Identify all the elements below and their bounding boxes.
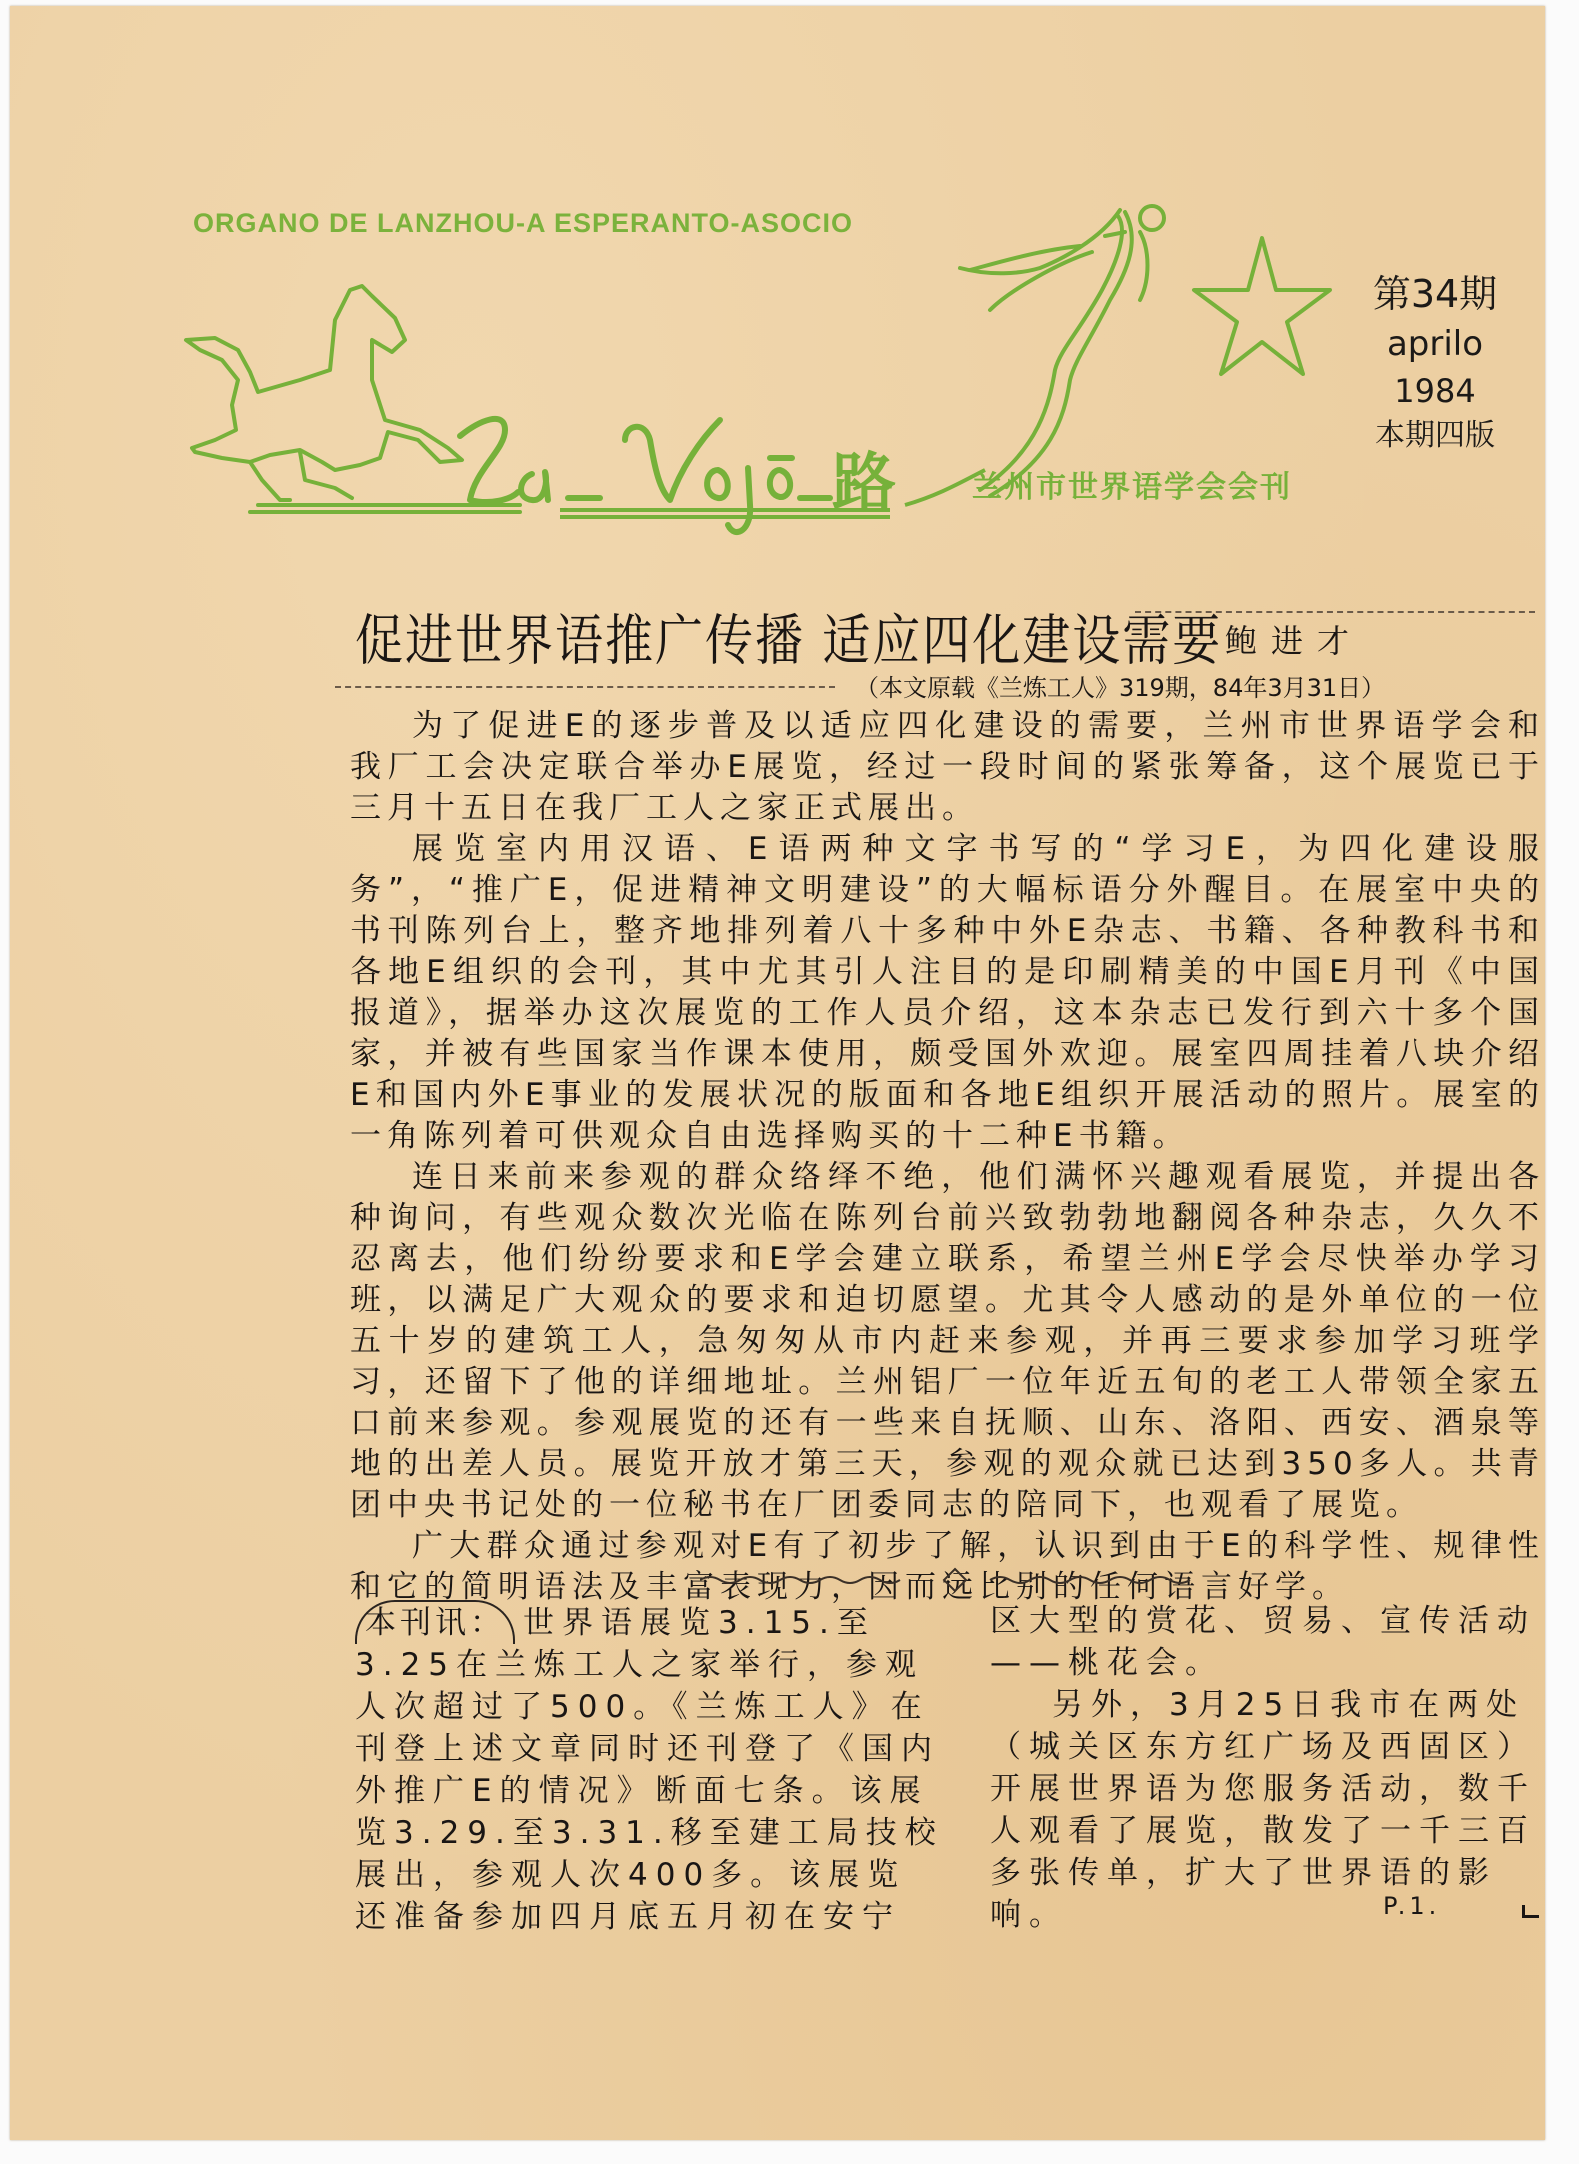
article-paragraph: 为了促进E的逐步普及以适应四化建设的需要，兰州市世界语学会和我厂工会决定联合举办… <box>350 706 1545 829</box>
diamond-icon <box>944 1569 966 1591</box>
article-author: 鲍进才 <box>1225 616 1363 662</box>
issue-info: 第34期 aprilo 1984 本期四版 <box>1325 275 1545 451</box>
news-brief-right: 区大型的赏花、贸易、宣传活动——桃花会。 另外，3月25日我市在两处（城关区东方… <box>990 1600 1545 1936</box>
title-dash-line <box>1135 611 1535 613</box>
issue-number: 第34期 <box>1325 275 1545 313</box>
news-brief-label: 本刊讯： <box>355 1600 515 1644</box>
article-headline: 促进世界语推广传播 适应四化建设需要 <box>355 596 1222 675</box>
news-brief-continuation: 区大型的赏花、贸易、宣传活动——桃花会。 <box>990 1600 1545 1684</box>
article-paragraph: 展览室内用汉语、E语两种文字书写的“学习E，为四化建设服务”，“推广E，促进精神… <box>350 829 1545 1157</box>
source-dash-line <box>335 686 835 688</box>
news-brief-text: 世界语展览3.15.至3.25在兰炼工人之家举行，参观人次超过了500。《兰炼工… <box>355 1605 944 1935</box>
horse-icon <box>186 286 520 512</box>
masthead-subtitle: 兰州市世界语学会会刊 <box>972 462 1292 506</box>
issue-pages: 本期四版 <box>1325 421 1545 451</box>
news-brief-paragraph: 另外，3月25日我市在两处（城关区东方红广场及西固区）开展世界语为您服务活动，数… <box>990 1684 1545 1936</box>
issue-month: aprilo <box>1325 327 1545 361</box>
article-body: 为了促进E的逐步普及以适应四化建设的需要，兰州市世界语学会和我厂工会决定联合举办… <box>350 706 1545 1608</box>
organization-line: ORGANO DE LANZHOU-A ESPERANTO-ASOCIO <box>193 208 853 239</box>
corner-mark <box>1522 1905 1539 1918</box>
issue-year: 1984 <box>1325 375 1545 407</box>
section-divider <box>700 1565 1220 1595</box>
article-paragraph: 连日来前来参观的群众络绎不绝，他们满怀兴趣观看展览，并提出各种询问，有些观众数次… <box>350 1157 1545 1526</box>
article-source-note: （本文原载《兰炼工人》319期，84年3月31日） <box>855 668 1385 703</box>
esperanto-star-icon <box>1194 238 1330 374</box>
article-title-row: 促进世界语推广传播 适应四化建设需要 鲍进才 <box>345 596 1535 666</box>
news-brief-left: 本刊讯：世界语展览3.15.至3.25在兰炼工人之家举行，参观人次超过了500。… <box>355 1600 945 1938</box>
flying-apsara-icon <box>960 206 1164 496</box>
article-source-row: （本文原载《兰炼工人》319期，84年3月31日） <box>335 668 1545 704</box>
page-number: P.1. <box>1383 1892 1440 1920</box>
